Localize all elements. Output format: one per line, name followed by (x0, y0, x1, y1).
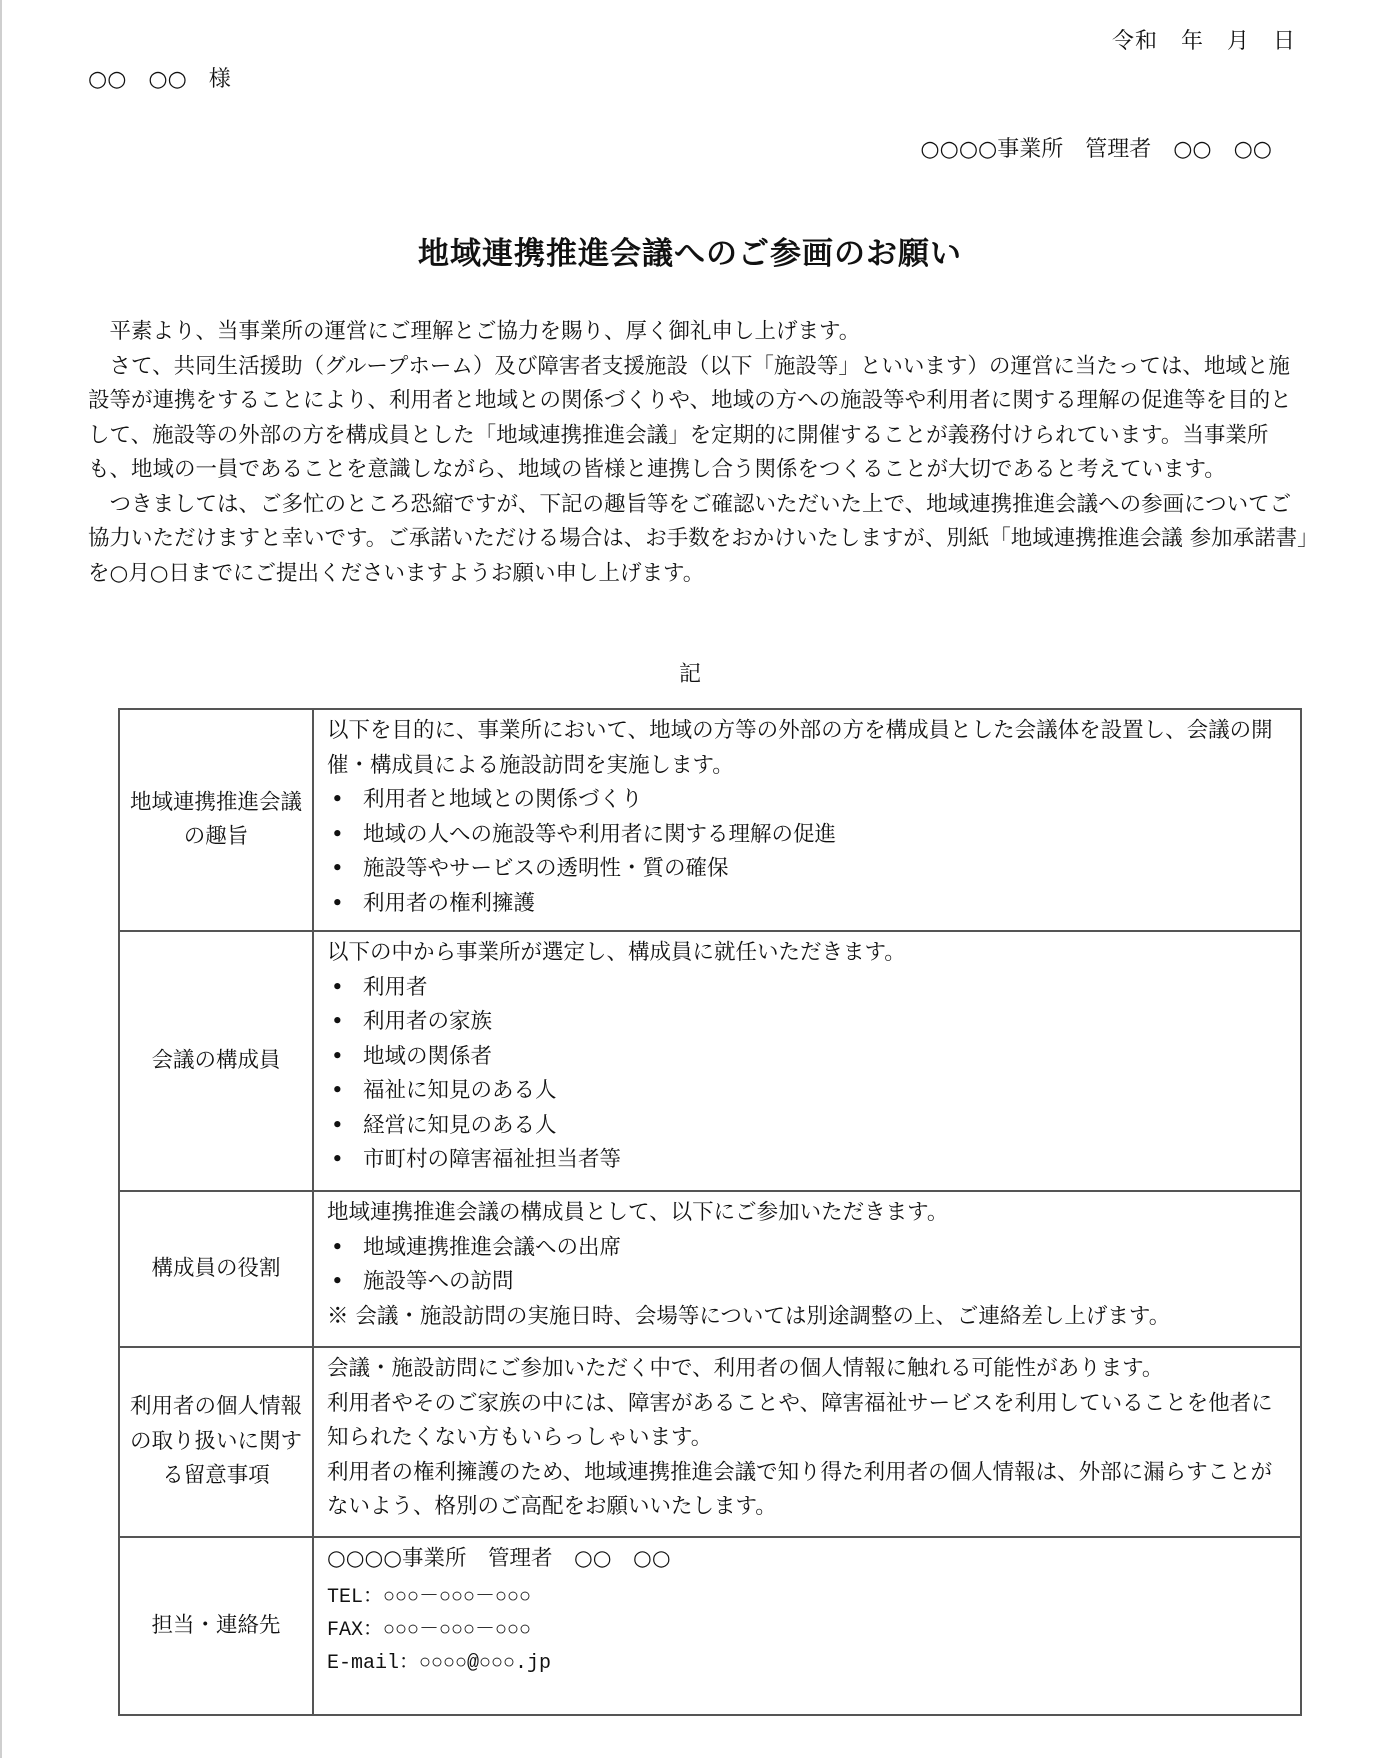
list-item: •利用者の権利擁護 (327, 887, 1288, 922)
bullet-icon: • (331, 971, 344, 1006)
list-item: •地域の人への施設等や利用者に関する理解の促進 (327, 818, 1288, 853)
row-label: 担当・連絡先 (119, 1537, 313, 1715)
ki-heading: 記 (0, 657, 1380, 688)
table-row-contact: 担当・連絡先 ○○○○事業所 管理者 ○○ ○○ TEL：○○○－○○○－○○○… (119, 1537, 1301, 1715)
row-intro: 以下の中から事業所が選定し、構成員に就任いただきます。 (327, 936, 1288, 971)
row-intro: 地域連携推進会議の構成員として、以下にご参加いただきます。 (327, 1196, 1288, 1231)
document-title: 地域連携推進会議へのご参画のお願い (0, 228, 1380, 273)
list-item: •利用者の家族 (327, 1005, 1288, 1040)
bullet-icon: • (331, 852, 344, 887)
recipient-name: ○○ ○○ 様 (88, 62, 231, 93)
contact-org: ○○○○事業所 管理者 ○○ ○○ (327, 1542, 1288, 1577)
bullet-list: •地域連携推進会議への出席 •施設等への訪問 (327, 1231, 1288, 1300)
table-row-privacy: 利用者の個人情報の取り扱いに関する留意事項 会議・施設訪問にご参加いただく中で、… (119, 1347, 1301, 1537)
row-content: 地域連携推進会議の構成員として、以下にご参加いただきます。 •地域連携推進会議へ… (313, 1191, 1301, 1347)
contact-block: ○○○○事業所 管理者 ○○ ○○ TEL：○○○－○○○－○○○ FAX：○○… (313, 1537, 1301, 1715)
row-label: 利用者の個人情報の取り扱いに関する留意事項 (119, 1347, 313, 1537)
list-item: •地域の関係者 (327, 1040, 1288, 1075)
body-text: 平素より、当事業所の運営にご理解とご協力を賜り、厚く御礼申し上げます。 さて、共… (88, 315, 1308, 591)
privacy-line: 利用者の権利擁護のため、地域連携推進会議で知り得た利用者の個人情報は、外部に漏ら… (327, 1456, 1288, 1525)
bullet-icon: • (331, 1109, 344, 1144)
list-item: •地域連携推進会議への出席 (327, 1231, 1288, 1266)
row-label: 会議の構成員 (119, 931, 313, 1191)
bullet-icon: • (331, 1040, 344, 1075)
row-note: ※ 会議・施設訪問の実施日時、会場等については別途調整の上、ご連絡差し上げます。 (327, 1300, 1288, 1335)
row-label: 地域連携推進会議の趣旨 (119, 709, 313, 931)
privacy-line: 会議・施設訪問にご参加いただく中で、利用者の個人情報に触れる可能性があります。 (327, 1352, 1288, 1387)
details-table: 地域連携推進会議の趣旨 以下を目的に、事業所において、地域の方等の外部の方を構成… (118, 708, 1302, 1716)
row-label: 構成員の役割 (119, 1191, 313, 1347)
bullet-icon: • (331, 887, 344, 922)
bullet-icon: • (331, 1265, 344, 1300)
list-item: •利用者 (327, 971, 1288, 1006)
table-row-roles: 構成員の役割 地域連携推進会議の構成員として、以下にご参加いただきます。 •地域… (119, 1191, 1301, 1347)
bullet-list: •利用者 •利用者の家族 •地域の関係者 •福祉に知見のある人 •経営に知見のあ… (327, 971, 1288, 1178)
list-item: •施設等への訪問 (327, 1265, 1288, 1300)
bullet-icon: • (331, 783, 344, 818)
row-content: 以下の中から事業所が選定し、構成員に就任いただきます。 •利用者 •利用者の家族… (313, 931, 1301, 1191)
privacy-line: 利用者やそのご家族の中には、障害があることや、障害福祉サービスを利用していること… (327, 1387, 1288, 1456)
body-paragraph-greeting: 平素より、当事業所の運営にご理解とご協力を賜り、厚く御礼申し上げます。 (88, 315, 1308, 350)
list-item: •施設等やサービスの透明性・質の確保 (327, 852, 1288, 887)
bullet-icon: • (331, 1143, 344, 1178)
row-content: 以下を目的に、事業所において、地域の方等の外部の方を構成員とした会議体を設置し、… (313, 709, 1301, 931)
bullet-icon: • (331, 818, 344, 853)
list-item: •市町村の障害福祉担当者等 (327, 1143, 1288, 1178)
contact-email: E-mail：○○○○@○○○.jp (327, 1647, 1288, 1680)
bullet-icon: • (331, 1231, 344, 1266)
bullet-icon: • (331, 1074, 344, 1109)
sender-name: ○○○○事業所 管理者 ○○ ○○ (920, 132, 1272, 163)
body-paragraph-request: つきましては、ご多忙のところ恐縮ですが、下記の趣旨等をご確認いただいた上で、地域… (88, 488, 1308, 592)
bullet-icon: • (331, 1005, 344, 1040)
list-item: •利用者と地域との関係づくり (327, 783, 1288, 818)
table-row-purpose: 地域連携推進会議の趣旨 以下を目的に、事業所において、地域の方等の外部の方を構成… (119, 709, 1301, 931)
table-row-members: 会議の構成員 以下の中から事業所が選定し、構成員に就任いただきます。 •利用者 … (119, 931, 1301, 1191)
contact-tel: TEL：○○○－○○○－○○○ (327, 1581, 1288, 1614)
row-content: 会議・施設訪問にご参加いただく中で、利用者の個人情報に触れる可能性があります。 … (313, 1347, 1301, 1537)
bullet-list: •利用者と地域との関係づくり •地域の人への施設等や利用者に関する理解の促進 •… (327, 783, 1288, 921)
body-paragraph-background: さて、共同生活援助（グループホーム）及び障害者支援施設（以下「施設等」といいます… (88, 350, 1308, 488)
contact-fax: FAX：○○○－○○○－○○○ (327, 1614, 1288, 1647)
date-line: 令和 年 月 日 (1112, 24, 1296, 55)
list-item: •経営に知見のある人 (327, 1109, 1288, 1144)
row-intro: 以下を目的に、事業所において、地域の方等の外部の方を構成員とした会議体を設置し、… (327, 714, 1288, 783)
list-item: •福祉に知見のある人 (327, 1074, 1288, 1109)
